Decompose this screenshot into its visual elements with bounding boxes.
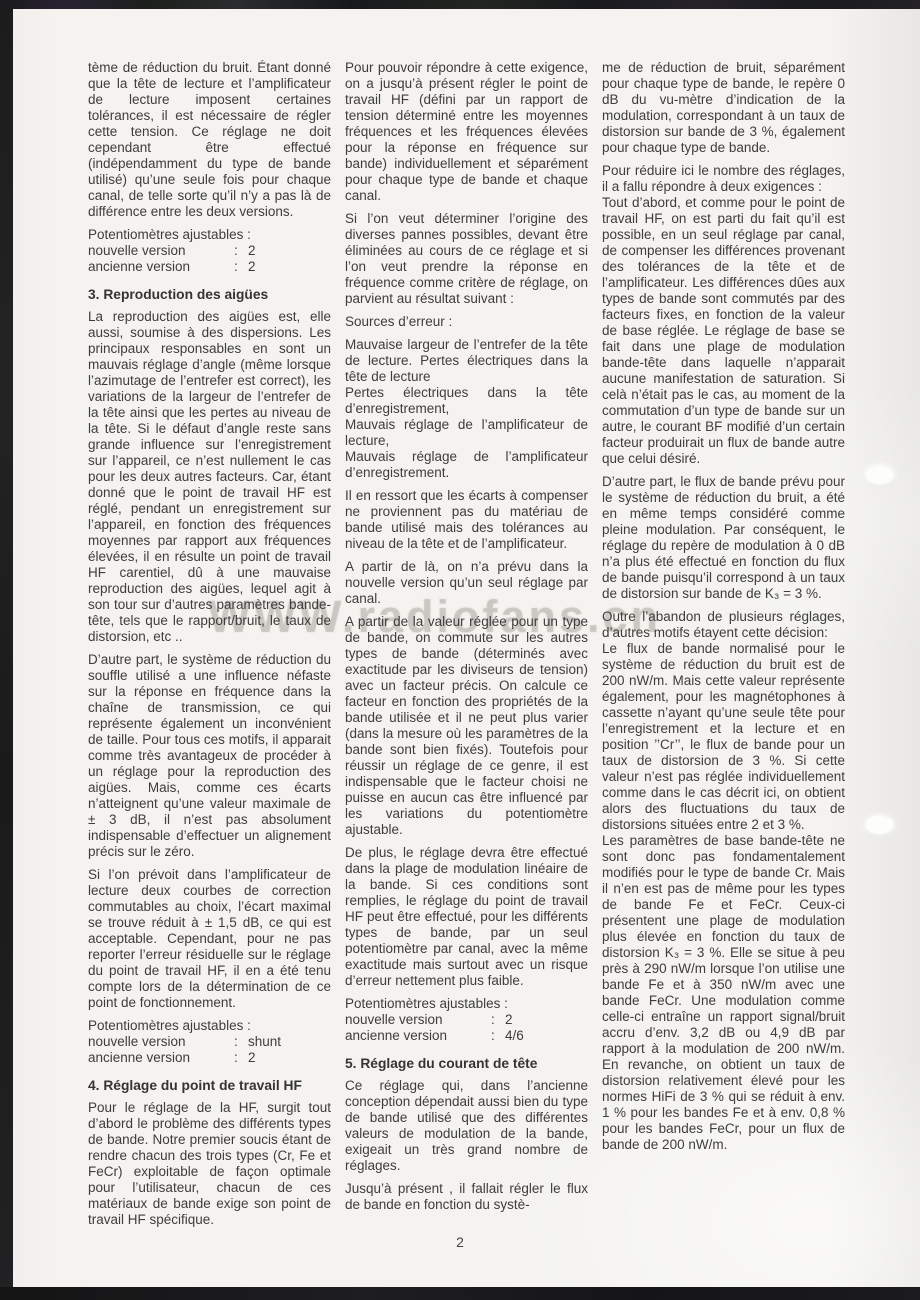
error-item: Mauvais réglage de l’amplificateur de le… [345, 417, 588, 449]
pot-row-colon: : [234, 243, 248, 259]
pot-row-value: 2 [248, 1050, 331, 1066]
paragraph: La reproduction des aigües est, elle aus… [88, 309, 331, 645]
page-content: tème de réduction du bruit. Étant donné … [88, 60, 845, 1235]
paragraph: Pour réduire ici le nombre des réglages,… [602, 163, 845, 195]
text-column-1: tème de réduction du bruit. Étant donné … [88, 60, 331, 1235]
pot-row-label: nouvelle version [88, 1034, 234, 1050]
scan-edge-top [0, 0, 920, 9]
pot-block-title: Potentiomètres ajustables : [88, 227, 331, 243]
pot-row: ancienne version : 4/6 [345, 1028, 588, 1044]
sources-error-title: Sources d’erreur : [345, 314, 588, 330]
section-heading-4: 4. Réglage du point de travail HF [88, 1077, 331, 1094]
paragraph: Le flux de bande normalisé pour le systè… [602, 641, 845, 833]
adjustable-pots-block: Potentiomètres ajustables : nouvelle ver… [88, 1018, 331, 1066]
paragraph: Tout d’abord, et comme pour le point de … [602, 195, 845, 467]
binder-hole [866, 466, 893, 484]
paragraph: De plus, le réglage devra être effectué … [345, 845, 588, 989]
paragraph: Pour le réglage de la HF, surgit tout d’… [88, 1100, 331, 1228]
pot-row-colon: : [234, 259, 248, 275]
scan-edge-bottom [0, 1287, 920, 1300]
scan-edge-left [0, 0, 13, 1300]
adjustable-pots-block: Potentiomètres ajustables : nouvelle ver… [88, 227, 331, 275]
pot-row-value: shunt [248, 1034, 331, 1050]
pot-row-colon: : [491, 1012, 505, 1028]
paragraph: A partir de la valeur réglée pour un typ… [345, 614, 588, 838]
paragraph: Jusqu’à présent , il fallait régler le f… [345, 1181, 588, 1213]
pot-row: ancienne version : 2 [88, 1050, 331, 1066]
pot-row: nouvelle version : shunt [88, 1034, 331, 1050]
pot-row-value: 4/6 [505, 1028, 588, 1044]
pot-row-label: ancienne version [345, 1028, 491, 1044]
pot-row: ancienne version : 2 [88, 259, 331, 275]
pot-row-label: ancienne version [88, 259, 234, 275]
paragraph: D’autre part, le système de réduction du… [88, 652, 331, 860]
scanned-document-page: WWW.radiofans.cn tème de réduction du br… [0, 0, 920, 1300]
section-heading-5: 5. Réglage du courant de tête [345, 1055, 588, 1072]
pot-row-value: 2 [505, 1012, 588, 1028]
pot-row: nouvelle version : 2 [88, 243, 331, 259]
error-item: Mauvaise largeur de l’entrefer de la têt… [345, 337, 588, 385]
paragraph: Outre l’abandon de plusieurs réglages, d… [602, 609, 845, 641]
text-column-3: me de réduction de bruit, séparément pou… [602, 60, 845, 1235]
section-heading-3: 3. Reproduction des aigües [88, 286, 331, 303]
error-item: Pertes électriques dans la tête d’enregi… [345, 385, 588, 417]
paragraph: A partir de là, on n’a prévu dans la nou… [345, 559, 588, 607]
error-item: Mauvais réglage de l’amplificateur d’enr… [345, 449, 588, 481]
pot-row: nouvelle version : 2 [345, 1012, 588, 1028]
pot-row-colon: : [234, 1034, 248, 1050]
pot-row-label: ancienne version [88, 1050, 234, 1066]
pot-row-value: 2 [248, 243, 331, 259]
paragraph: me de réduction de bruit, séparément pou… [602, 60, 845, 156]
pot-row-label: nouvelle version [345, 1012, 491, 1028]
paragraph: D’autre part, le flux de bande prévu pou… [602, 474, 845, 602]
page-number: 2 [440, 1234, 480, 1250]
pot-row-colon: : [234, 1050, 248, 1066]
paragraph: Pour pouvoir répondre à cette exigence, … [345, 60, 588, 204]
pot-block-title: Potentiomètres ajustables : [88, 1018, 331, 1034]
binder-hole [866, 816, 893, 834]
adjustable-pots-block: Potentiomètres ajustables : nouvelle ver… [345, 996, 588, 1044]
paragraph: tème de réduction du bruit. Étant donné … [88, 60, 331, 220]
text-column-2: Pour pouvoir répondre à cette exigence, … [345, 60, 588, 1235]
pot-block-title: Potentiomètres ajustables : [345, 996, 588, 1012]
paragraph: Ce réglage qui, dans l’ancienne concepti… [345, 1078, 588, 1174]
pot-row-label: nouvelle version [88, 243, 234, 259]
paragraph: Si l’on prévoit dans l’amplificateur de … [88, 867, 331, 1011]
paragraph: Si l’on veut déterminer l’origine des di… [345, 211, 588, 307]
paragraph: Il en ressort que les écarts à compenser… [345, 488, 588, 552]
paragraph: Les paramètres de base bande-tête ne son… [602, 833, 845, 1153]
pot-row-colon: : [491, 1028, 505, 1044]
pot-row-value: 2 [248, 259, 331, 275]
